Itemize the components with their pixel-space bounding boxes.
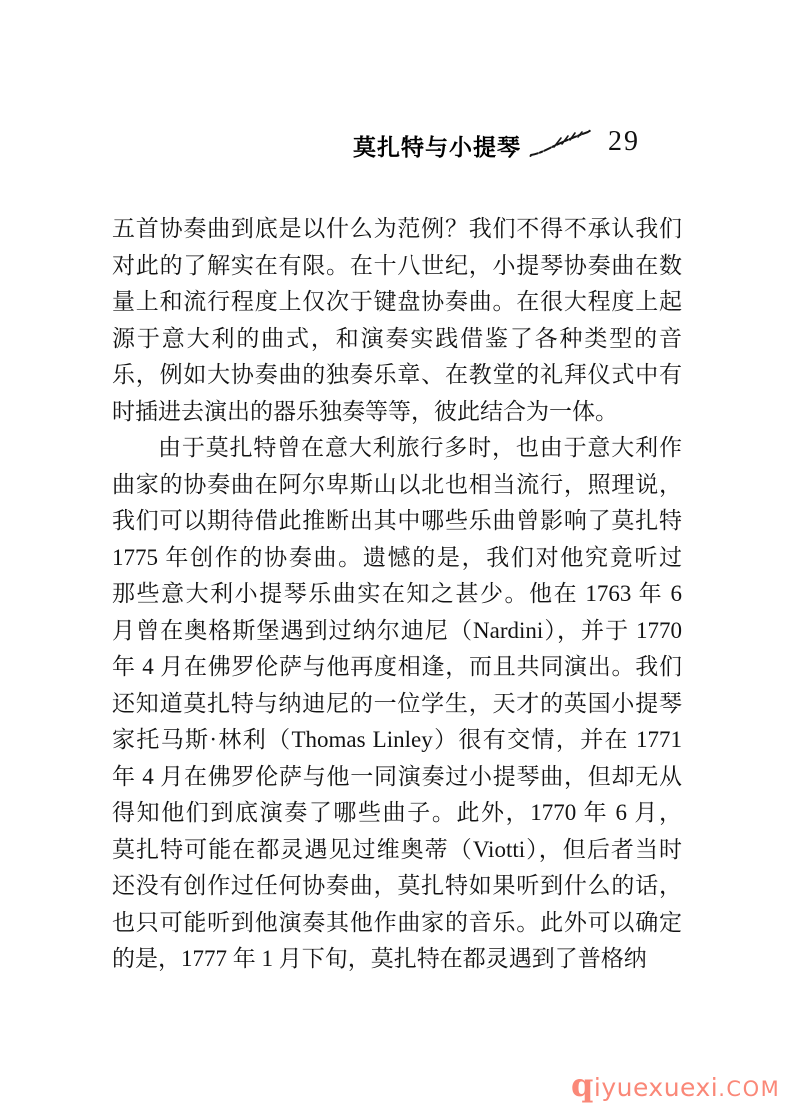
text-line: 曲家的协奏曲在阿尔卑斯山以北也相当流行，照理说， (112, 467, 682, 504)
text-line: 五首协奏曲到底是以什么为范例？我们不得不承认我们 (112, 211, 682, 248)
text-line: 1775 年创作的协奏曲。遗憾的是，我们对他究竟听过 (112, 540, 682, 577)
text-line: 时插进去演出的器乐独奏等等，彼此结合为一体。 (112, 394, 682, 431)
text-line: 源于意大利的曲式，和演奏实践借鉴了各种类型的音 (112, 321, 682, 358)
body-text: 五首协奏曲到底是以什么为范例？我们不得不承认我们 对此的了解实在有限。在十八世纪… (112, 211, 682, 978)
text-line: 莫扎特可能在都灵遇见过维奥蒂（Viotti），但后者当时 (112, 832, 682, 869)
text-line: 年 4 月在佛罗伦萨与他再度相逢，而且共同演出。我们 (112, 649, 682, 686)
flourish-icon (528, 128, 594, 165)
running-head-title: 莫扎特与小提琴 (353, 129, 521, 162)
text-line: 月曾在奥格斯堡遇到过纳尔迪尼（Nardini），并于 1770 (112, 613, 682, 650)
text-line: 的是，1777 年 1 月下旬，莫扎特在都灵遇到了普格纳 (112, 941, 682, 978)
watermark-tld: .COM (718, 1077, 780, 1101)
book-page: 莫扎特与小提琴 29 五首协奏曲到底是以什么为范例？我们不得不承认我们 对此的了… (0, 0, 794, 1120)
text-line: 我们可以期待借此推断出其中哪些乐曲曾影响了莫扎特 (112, 503, 682, 540)
text-line: 还知道莫扎特与纳迪尼的一位学生，天才的英国小提琴 (112, 686, 682, 723)
watermark-initial: q (571, 1066, 594, 1104)
text-line: 家托马斯·林利（Thomas Linley）很有交情，并在 1771 (112, 722, 682, 759)
text-line: 年 4 月在佛罗伦萨与他一同演奏过小提琴曲，但却无从 (112, 759, 682, 796)
watermark: qiyuexuexi.COM (571, 1066, 780, 1104)
text-line: 那些意大利小提琴乐曲实在知之甚少。他在 1763 年 6 (112, 576, 682, 613)
text-line: 对此的了解实在有限。在十八世纪，小提琴协奏曲在数 (112, 248, 682, 285)
text-line: 量上和流行程度上仅次于键盘协奏曲。在很大程度上起 (112, 284, 682, 321)
text-line: 也只可能听到他演奏其他作曲家的音乐。此外可以确定 (112, 905, 682, 942)
watermark-text: iyuexuexi (594, 1073, 718, 1102)
text-line: 得知他们到底演奏了哪些曲子。此外，1770 年 6 月， (112, 795, 682, 832)
text-line: 还没有创作过任何协奏曲，莫扎特如果听到什么的话， (112, 868, 682, 905)
text-line: 由于莫扎特曾在意大利旅行多时，也由于意大利作 (112, 430, 682, 467)
text-line: 乐，例如大协奏曲的独奏乐章、在教堂的礼拜仪式中有 (112, 357, 682, 394)
page-number: 29 (608, 126, 640, 158)
